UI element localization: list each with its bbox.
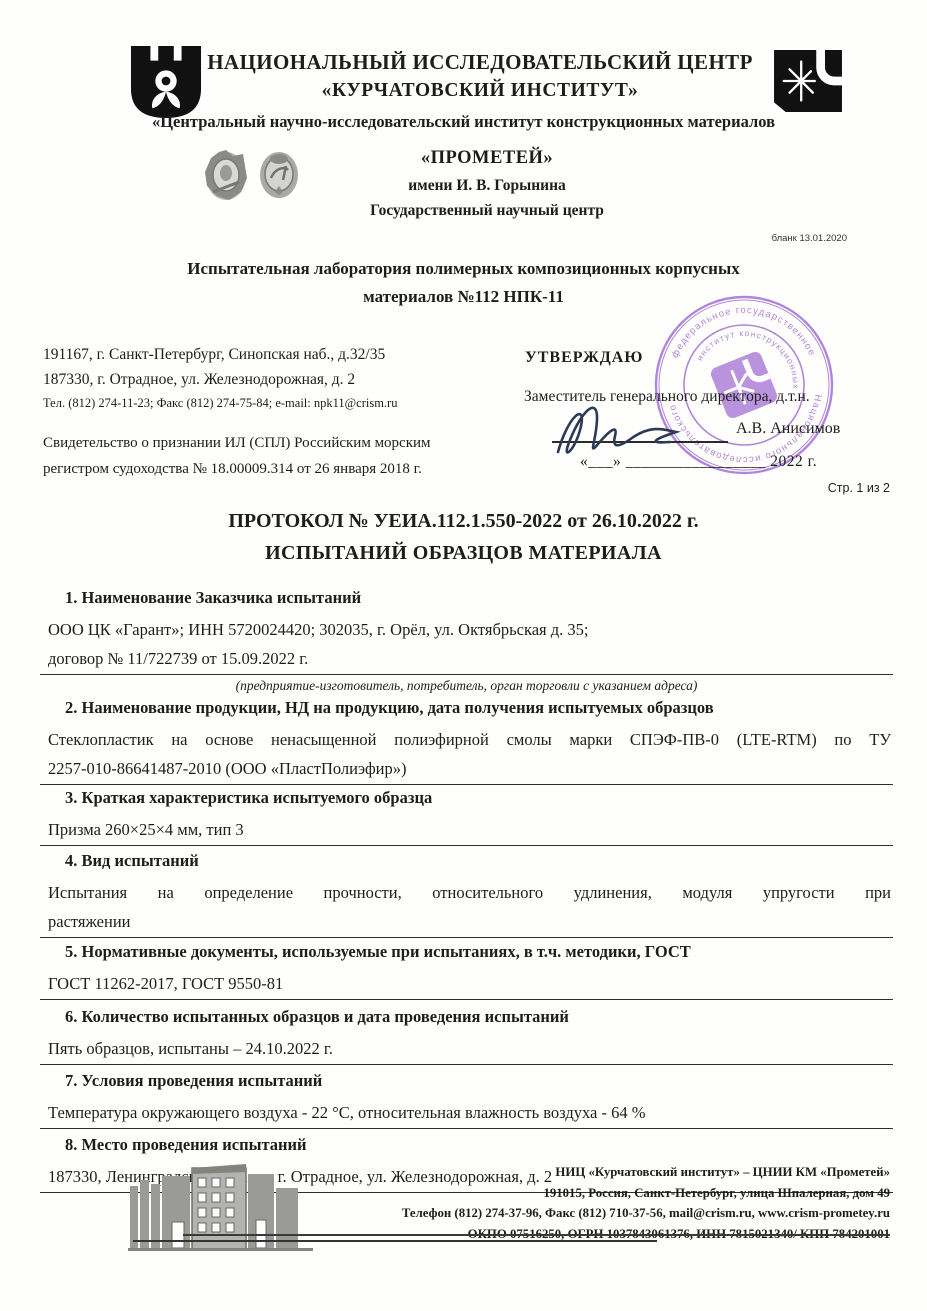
protocol-title-line1: ПРОТОКОЛ № УЕИА.112.1.550-2022 от 26.10.… (0, 510, 927, 533)
certificate-line1: Свидетельство о признании ИЛ (СПЛ) Росси… (43, 430, 518, 456)
blank-note: бланк 13.01.2020 (772, 233, 847, 244)
contacts-block: 191167, г. Санкт-Петербург, Синопская на… (43, 342, 518, 482)
lab-title-line1: Испытательная лаборатория полимерных ком… (0, 255, 927, 283)
phone-fax-email: Тел. (812) 274-11-23; Факс (812) 274-75-… (43, 392, 518, 414)
certificate-text: Свидетельство о признании ИЛ (СПЛ) Росси… (43, 430, 518, 482)
section-4-line2: растяжении (40, 907, 893, 938)
org-title-line1: НАЦИОНАЛЬНЫЙ ИССЛЕДОВАТЕЛЬСКИЙ ЦЕНТР (90, 50, 870, 75)
section-2: 2. Наименование продукции, НД на продукц… (40, 698, 893, 785)
section-5-heading: 5. Нормативные документы, используемые п… (40, 942, 893, 962)
footer-text: НИЦ «Курчатовский институт» – ЦНИИ КМ «П… (320, 1162, 890, 1244)
section-7-heading: 7. Условия проведения испытаний (40, 1071, 893, 1091)
section-6-heading: 6. Количество испытанных образцов и дата… (40, 1007, 893, 1027)
approve-label: УТВЕРЖДАЮ (525, 349, 643, 367)
section-5: 5. Нормативные документы, используемые п… (40, 942, 893, 1000)
org-title-line2: «КУРЧАТОВСКИЙ ИНСТИТУТ» (90, 80, 870, 102)
section-5-line1: ГОСТ 11262-2017, ГОСТ 9550-81 (40, 969, 893, 1000)
section-7: 7. Условия проведения испытаний Температ… (40, 1071, 893, 1129)
building-icon (128, 1164, 313, 1258)
address-line1: 191167, г. Санкт-Петербург, Синопская на… (43, 342, 518, 367)
section-2-line2: 2257-010-86641487-2010 (ООО «ПластПолиэф… (40, 754, 893, 785)
section-4-line1: Испытания на определение прочности, отно… (40, 878, 893, 907)
section-4: 4. Вид испытаний Испытания на определени… (40, 851, 893, 938)
section-1-heading: 1. Наименование Заказчика испытаний (40, 588, 893, 608)
section-3-line1: Призма 260×25×4 мм, тип 3 (40, 815, 893, 846)
certificate-line2: регистром судоходства № 18.00009.314 от … (43, 456, 518, 482)
section-1-line2: договор № 11/722739 от 15.09.2022 г. (40, 644, 893, 675)
document-page: НАЦИОНАЛЬНЫЙ ИССЛЕДОВАТЕЛЬСКИЙ ЦЕНТР «КУ… (0, 0, 927, 1311)
footer-rule-top (183, 1234, 890, 1236)
footer-line1: НИЦ «Курчатовский институт» – ЦНИИ КМ «П… (320, 1162, 890, 1183)
section-3-heading: 3. Краткая характеристика испытуемого об… (40, 788, 893, 808)
section-1: 1. Наименование Заказчика испытаний ООО … (40, 588, 893, 694)
footer-rule-bottom (133, 1240, 657, 1242)
section-7-line1: Температура окружающего воздуха - 22 °С,… (40, 1098, 893, 1129)
footer-line2: 191015, Россия, Санкт-Петербург, улица Ш… (320, 1183, 890, 1204)
section-6: 6. Количество испытанных образцов и дата… (40, 1007, 893, 1065)
section-4-heading: 4. Вид испытаний (40, 851, 893, 871)
protocol-title-line2: ИСПЫТАНИЙ ОБРАЗЦОВ МАТЕРИАЛА (0, 542, 927, 565)
section-6-line1: Пять образцов, испытаны – 24.10.2022 г. (40, 1034, 893, 1065)
address-line2: 187330, г. Отрадное, ул. Железнодорожная… (43, 367, 518, 392)
section-8-heading: 8. Место проведения испытаний (40, 1135, 893, 1155)
footer-line3: Телефон (812) 274-37-96, Факс (812) 710-… (320, 1203, 890, 1224)
section-1-note: (предприятие-изготовитель, потребитель, … (40, 678, 893, 694)
page-indicator: Стр. 1 из 2 (828, 481, 890, 495)
prometey-name-block: «ПРОМЕТЕЙ» имени И. В. Горынина Государс… (47, 148, 927, 220)
org-title-block: НАЦИОНАЛЬНЫЙ ИССЛЕДОВАТЕЛЬСКИЙ ЦЕНТР «КУ… (90, 50, 870, 102)
section-3: 3. Краткая характеристика испытуемого об… (40, 788, 893, 846)
section-2-line1: Стеклопластик на основе ненасыщенной пол… (40, 725, 893, 754)
approver-name: А.В. Анисимов (736, 420, 840, 438)
section-1-line1: ООО ЦК «Гарант»; ИНН 5720024420; 302035,… (40, 615, 893, 644)
org-name: «ПРОМЕТЕЙ» (47, 148, 927, 169)
approval-date-line: «___» _________________ 2022 г. (580, 453, 817, 471)
org-type: Государственный научный центр (47, 202, 927, 220)
protocol-title: ПРОТОКОЛ № УЕИА.112.1.550-2022 от 26.10.… (0, 510, 927, 565)
org-title-line3: «Центральный научно-исследовательский ин… (0, 112, 927, 132)
section-2-heading: 2. Наименование продукции, НД на продукц… (40, 698, 893, 718)
org-named-after: имени И. В. Горынина (47, 177, 927, 195)
